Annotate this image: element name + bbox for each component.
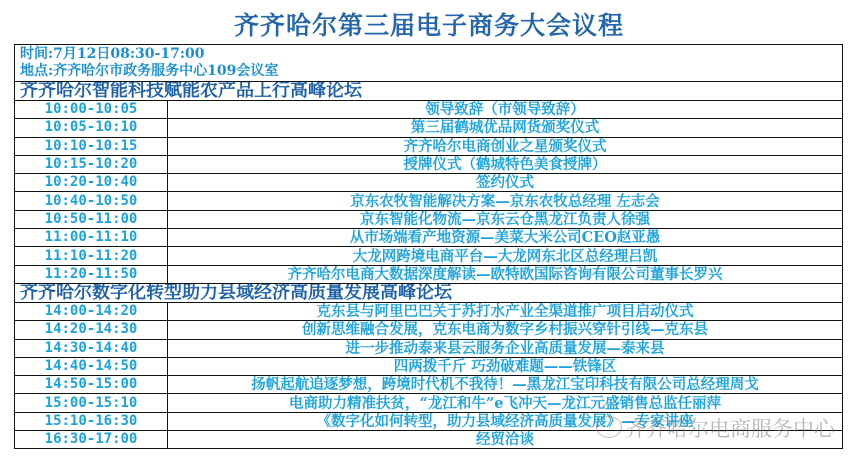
time-cell: 10:40-10:50: [15, 192, 168, 210]
table-row: 10:10-10:15齐齐哈尔电商创业之星颁奖仪式: [15, 137, 843, 155]
section-title: 齐齐哈尔智能科技赋能农产品上行高峰论坛: [15, 82, 843, 101]
time-cell: 14:30-14:40: [15, 339, 168, 357]
info-cell: 时间:7月12日08:30-17:00 地点:齐齐哈尔市政务服务中心109会议室: [15, 45, 843, 82]
section-title: 齐齐哈尔数字化转型助力县域经济高质量发展高峰论坛: [15, 283, 843, 302]
time-cell: 16:30-17:00: [15, 431, 168, 449]
table-row: 10:00-10:05领导致辞（市领导致辞）: [15, 101, 843, 119]
table-row: 14:40-14:50四两拨千斤 巧劲破难题——铁锋区: [15, 357, 843, 375]
topic-cell: 领导致辞（市领导致辞）: [168, 101, 843, 119]
topic-cell: 签约仪式: [168, 174, 843, 192]
time-cell: 11:00-11:10: [15, 229, 168, 247]
time-cell: 10:00-10:05: [15, 101, 168, 119]
table-row: 14:50-15:00扬帆起航追逐梦想，跨境时代机不我待！—黑龙江宝印科技有限公…: [15, 376, 843, 394]
topic-cell: 四两拨千斤 巧劲破难题——铁锋区: [168, 357, 843, 375]
event-location: 地点:齐齐哈尔市政务服务中心109会议室: [20, 63, 842, 80]
wechat-icon: [596, 416, 622, 438]
topic-cell: 扬帆起航追逐梦想，跨境时代机不我待！—黑龙江宝印科技有限公司总经理周戈: [168, 376, 843, 394]
topic-cell: 克东县与阿里巴巴关于苏打水产业全渠道推广项目启动仪式: [168, 302, 843, 320]
table-row: 14:00-14:20克东县与阿里巴巴关于苏打水产业全渠道推广项目启动仪式: [15, 302, 843, 320]
time-cell: 15:00-15:10: [15, 394, 168, 412]
topic-cell: 授牌仪式（鹤城特色美食授牌）: [168, 155, 843, 173]
time-cell: 11:10-11:20: [15, 247, 168, 265]
table-row: 14:30-14:40进一步推动泰来县云服务企业高质量发展—泰来县: [15, 339, 843, 357]
time-cell: 14:20-14:30: [15, 321, 168, 339]
topic-cell: 齐齐哈尔电商大数据深度解读—欧特欧国际咨询有限公司董事长罗兴: [168, 265, 843, 283]
time-cell: 11:20-11:50: [15, 265, 168, 283]
table-row: 11:00-11:10从市场端看产地资源—美菜大米公司CEO赵亚愚: [15, 229, 843, 247]
table-row: 14:20-14:30创新思维融合发展，克东电商为数字乡村振兴穿针引线—克东县: [15, 321, 843, 339]
topic-cell: 京东智能化物流—京东云仓黑龙江负责人徐强: [168, 210, 843, 228]
info-row: 时间:7月12日08:30-17:00 地点:齐齐哈尔市政务服务中心109会议室: [15, 45, 843, 82]
time-cell: 10:10-10:15: [15, 137, 168, 155]
topic-cell: 创新思维融合发展，克东电商为数字乡村振兴穿针引线—克东县: [168, 321, 843, 339]
topic-cell: 进一步推动泰来县云服务企业高质量发展—泰来县: [168, 339, 843, 357]
time-cell: 10:05-10:10: [15, 119, 168, 137]
table-row: 15:00-15:10电商助力精准扶贫，“龙江和牛”e飞冲天—龙江元盛销售总监任…: [15, 394, 843, 412]
time-cell: 15:10-16:30: [15, 412, 168, 430]
time-cell: 10:50-11:00: [15, 210, 168, 228]
table-row: 10:40-10:50京东农牧智能解决方案—京东农牧总经理 左志会: [15, 192, 843, 210]
section-header: 齐齐哈尔数字化转型助力县域经济高质量发展高峰论坛: [15, 283, 843, 302]
table-row: 10:15-10:20授牌仪式（鹤城特色美食授牌）: [15, 155, 843, 173]
topic-cell: 大龙网跨境电商平台—大龙网东北区总经理吕凯: [168, 247, 843, 265]
table-row: 10:20-10:40签约仪式: [15, 174, 843, 192]
event-time: 时间:7月12日08:30-17:00: [20, 46, 842, 63]
watermark-text: 齐齐哈尔电商服务中心: [625, 413, 835, 443]
time-cell: 14:00-14:20: [15, 302, 168, 320]
section-header: 齐齐哈尔智能科技赋能农产品上行高峰论坛: [15, 82, 843, 101]
topic-cell: 齐齐哈尔电商创业之星颁奖仪式: [168, 137, 843, 155]
time-cell: 10:15-10:20: [15, 155, 168, 173]
page-title: 齐齐哈尔第三届电子商务大会议程: [0, 6, 858, 42]
table-row: 11:20-11:50齐齐哈尔电商大数据深度解读—欧特欧国际咨询有限公司董事长罗…: [15, 265, 843, 283]
topic-cell: 电商助力精准扶贫，“龙江和牛”e飞冲天—龙江元盛销售总监任丽萍: [168, 394, 843, 412]
time-cell: 14:40-14:50: [15, 357, 168, 375]
topic-cell: 从市场端看产地资源—美菜大米公司CEO赵亚愚: [168, 229, 843, 247]
table-row: 11:10-11:20大龙网跨境电商平台—大龙网东北区总经理吕凯: [15, 247, 843, 265]
table-row: 10:50-11:00京东智能化物流—京东云仓黑龙江负责人徐强: [15, 210, 843, 228]
time-cell: 10:20-10:40: [15, 174, 168, 192]
topic-cell: 京东农牧智能解决方案—京东农牧总经理 左志会: [168, 192, 843, 210]
topic-cell: 第三届鹤城优品网货颁奖仪式: [168, 119, 843, 137]
table-row: 10:05-10:10第三届鹤城优品网货颁奖仪式: [15, 119, 843, 137]
agenda-table: 时间:7月12日08:30-17:00 地点:齐齐哈尔市政务服务中心109会议室…: [14, 44, 843, 449]
time-cell: 14:50-15:00: [15, 376, 168, 394]
